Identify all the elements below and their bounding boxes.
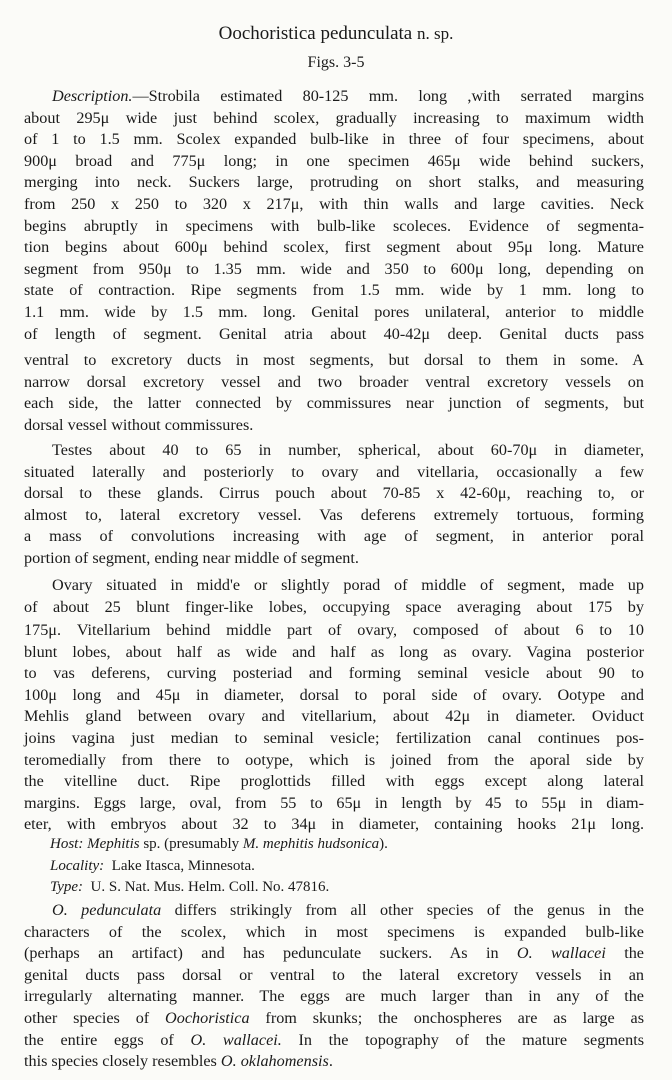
text-line: the entire eggs of O. wallacei. In the t… (24, 1030, 644, 1052)
species-title: Oochoristica pedunculata n. sp. (0, 22, 672, 46)
document-page: Oochoristica pedunculata n. sp. Figs. 3-… (0, 0, 672, 1080)
text-line: each side, the latter connected by commi… (24, 393, 644, 415)
text-line: irregularly alternating manner. The eggs… (24, 986, 644, 1008)
type-line: Type: U. S. Nat. Mus. Helm. Coll. No. 47… (24, 877, 644, 899)
text-line: 175μ. Vitellarium behind middle part of … (24, 620, 644, 642)
figure-reference: Figs. 3-5 (0, 52, 672, 74)
description-paragraph: Description.—Strobila estimated 80-125 m… (24, 86, 644, 345)
text-line: eter, with embryos about 32 to 34μ in di… (24, 814, 644, 836)
locality-line: Locality: Lake Itasca, Minnesota. (24, 856, 644, 878)
text-line: (perhaps an artifact) and has pedunculat… (24, 943, 644, 965)
text-line: ventral to excretory ducts in most segme… (24, 350, 644, 372)
text-line: characters of the scolex, which in most … (24, 922, 644, 944)
text-line: from 250 x 250 to 320 x 217μ, with thin … (24, 194, 644, 216)
text-line: dorsal to these glands. Cirrus pouch abo… (24, 483, 644, 505)
text-line: segment from 950μ to 1.35 mm. wide and 3… (24, 259, 644, 281)
text-line: joins vagina just median to seminal vesi… (24, 728, 644, 750)
text-line: Ovary situated in midd'e or slightly por… (24, 575, 644, 597)
text-line: 900μ broad and 775μ long; in one specime… (24, 151, 644, 173)
species-name: Oochoristica pedunculata (219, 23, 413, 44)
text-line: about 295μ wide just behind scolex, grad… (24, 108, 644, 130)
text-line: this species closely resembles O. oklaho… (24, 1051, 644, 1073)
text-line: genital ducts pass dorsal or ventral to … (24, 965, 644, 987)
text-line: dorsal vessel without commissures. (24, 415, 644, 437)
text-line: almost to, lateral excretory vessel. Vas… (24, 505, 644, 527)
text-line: other species of Oochoristica from skunk… (24, 1008, 644, 1030)
text-line: narrow dorsal excretory vessel and two b… (24, 372, 644, 394)
text-line: 100μ long and 45μ in diameter, dorsal to… (24, 685, 644, 707)
text-line: of about 25 blunt finger-like lobes, occ… (24, 597, 644, 619)
text-line: Mehlis gland between ovary and vitellari… (24, 706, 644, 728)
text-line: 1.1 mm. wide by 1.5 mm. long. Genital po… (24, 302, 644, 324)
description-label: Description. (52, 87, 132, 105)
text-line: a mass of convolutions increasing with a… (24, 526, 644, 548)
text-line: merging into neck. Suckers large, protru… (24, 172, 644, 194)
text-line: of length of segment. Genital atria abou… (24, 324, 644, 346)
text-line: O. pedunculata differs strikingly from a… (24, 900, 644, 922)
text-line: tion begins about 600μ behind scolex, fi… (24, 237, 644, 259)
text-line: teromedially from there to ootype, which… (24, 750, 644, 772)
text-line: margins. Eggs large, oval, from 55 to 65… (24, 793, 644, 815)
discussion-paragraph: O. pedunculata differs strikingly from a… (24, 900, 644, 1073)
vitellarium-paragraph: 175μ. Vitellarium behind middle part of … (24, 620, 644, 836)
text-line: blunt lobes, about half as wide and half… (24, 642, 644, 664)
text-line: the vitelline duct. Ripe proglottids fil… (24, 771, 644, 793)
specimen-metadata: Host: Mephitis sp. (presumably M. mephit… (24, 834, 644, 899)
new-species-marker: n. sp. (417, 24, 453, 43)
text-line: of 1 to 1.5 mm. Scolex expanded bulb-lik… (24, 129, 644, 151)
testes-paragraph: Testes about 40 to 65 in number, spheric… (24, 440, 644, 570)
text-line: situated laterally and posteriorly to ov… (24, 462, 644, 484)
text-line: to vas deferens, curving posteriad and f… (24, 663, 644, 685)
text-line: Testes about 40 to 65 in number, spheric… (24, 440, 644, 462)
text-line: portion of segment, ending near middle o… (24, 548, 644, 570)
text-line: Description.—Strobila estimated 80-125 m… (24, 86, 644, 108)
excretory-paragraph: ventral to excretory ducts in most segme… (24, 350, 644, 436)
text-line: state of contraction. Ripe segments from… (24, 280, 644, 302)
ovary-paragraph: Ovary situated in midd'e or slightly por… (24, 575, 644, 618)
text-line: begins abruptly in specimens with bulb-l… (24, 216, 644, 238)
host-line: Host: Mephitis sp. (presumably M. mephit… (24, 834, 644, 856)
